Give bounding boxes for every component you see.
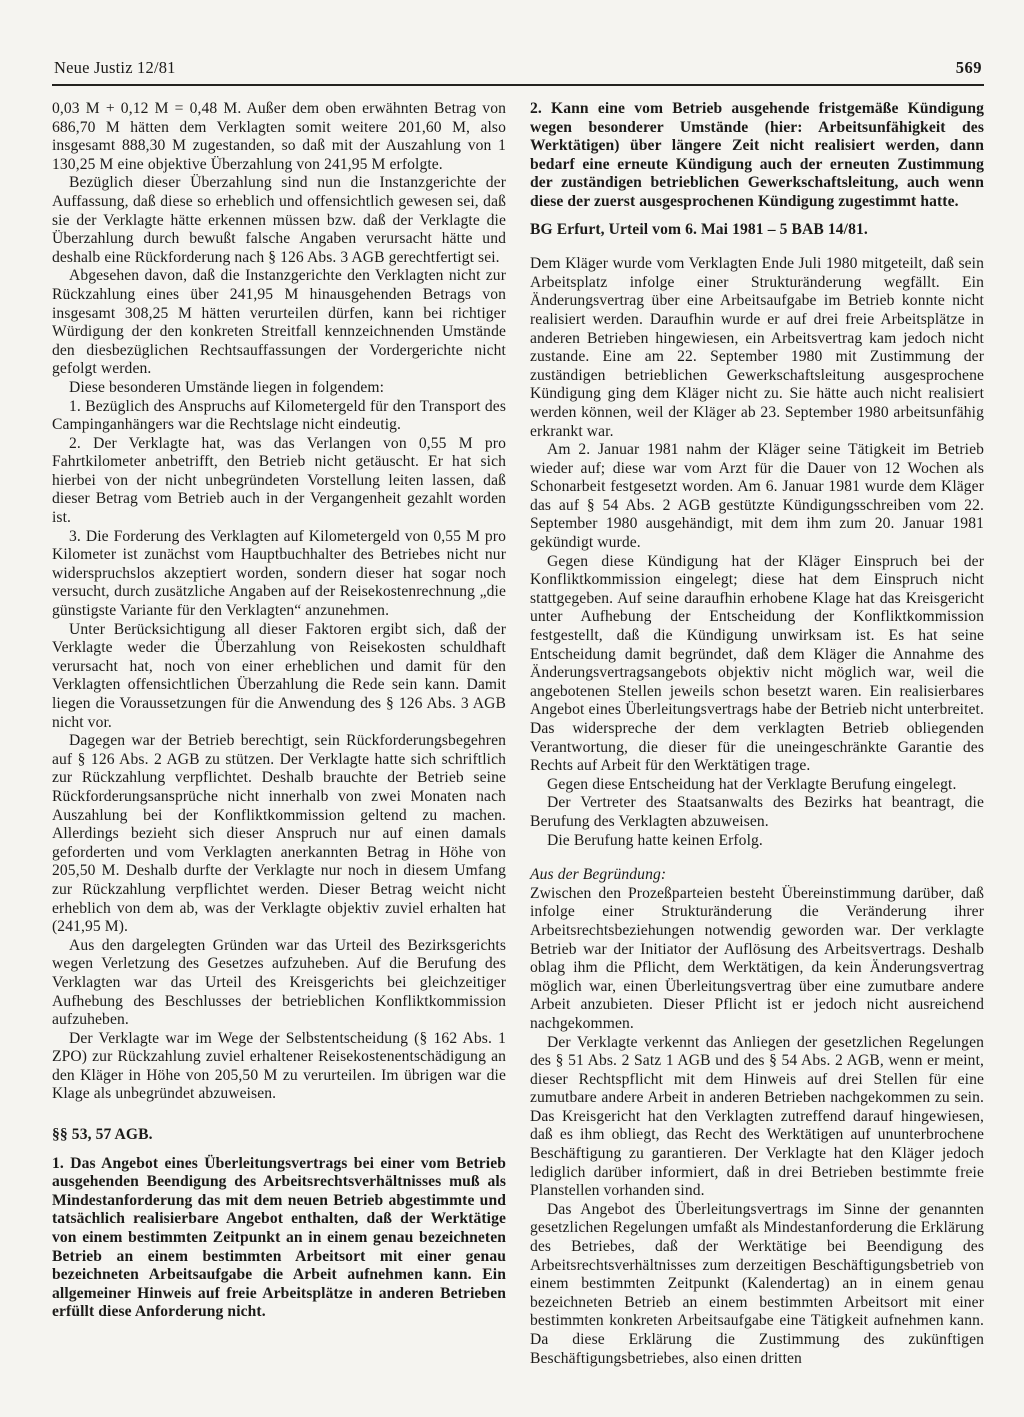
headnote-paragraph: 1. Das Angebot eines Überleitungsvertrag… — [52, 1155, 506, 1322]
journal-title: Neue Justiz 12/81 — [54, 58, 176, 78]
headnote-paragraph: 2. Kann eine vom Betrieb ausgehende fris… — [530, 100, 984, 212]
body-paragraph: Das Angebot des Überleitungsvertrags im … — [530, 1201, 984, 1368]
body-paragraph: Zwischen den Prozeßparteien besteht Über… — [530, 885, 984, 1034]
body-paragraph: Diese besonderen Umstände liegen in folg… — [52, 379, 506, 398]
body-paragraph: Der Vertreter des Staatsanwalts des Bezi… — [530, 794, 984, 831]
body-paragraph: Unter Berücksichtigung all dieser Faktor… — [52, 621, 506, 733]
body-paragraph: 1. Bezüglich des Anspruchs auf Kilometer… — [52, 398, 506, 435]
body-paragraph: Der Verklagte war im Wege der Selbstents… — [52, 1030, 506, 1104]
body-paragraph: Aus den dargelegten Gründen war das Urte… — [52, 937, 506, 1030]
running-header: Neue Justiz 12/81 569 — [52, 58, 984, 84]
court-citation: BG Erfurt, Urteil vom 6. Mai 1981 – 5 BA… — [530, 221, 984, 240]
body-paragraph: 2. Der Verklagte hat, was das Verlangen … — [52, 435, 506, 528]
page-number: 569 — [956, 58, 982, 78]
body-paragraph: Gegen diese Entscheidung hat der Verklag… — [530, 776, 984, 795]
right-column: 2. Kann eine vom Betrieb ausgehende fris… — [530, 100, 984, 1368]
left-column: 0,03 M + 0,12 M = 0,48 M. Außer dem oben… — [52, 100, 506, 1368]
body-paragraph: Dem Kläger wurde vom Verklagten Ende Jul… — [530, 255, 984, 441]
body-paragraph: Bezüglich dieser Überzahlung sind nun di… — [52, 174, 506, 267]
body-paragraph: Der Verklagte verkennt das Anliegen der … — [530, 1034, 984, 1201]
body-paragraph: Dagegen war der Betrieb berechtigt, sein… — [52, 732, 506, 937]
body-paragraph: Abgesehen davon, daß die Instanzgerichte… — [52, 267, 506, 379]
header-rule — [52, 84, 984, 86]
statute-heading: §§ 53, 57 AGB. — [52, 1126, 506, 1145]
journal-page: Neue Justiz 12/81 569 0,03 M + 0,12 M = … — [0, 0, 1024, 1417]
reasons-heading: Aus der Begründung: — [530, 866, 984, 885]
body-paragraph: 3. Die Forderung des Verklagten auf Kilo… — [52, 528, 506, 621]
body-paragraph: Am 2. Januar 1981 nahm der Kläger seine … — [530, 441, 984, 553]
body-paragraph: Gegen diese Kündigung hat der Kläger Ein… — [530, 553, 984, 776]
body-paragraph: 0,03 M + 0,12 M = 0,48 M. Außer dem oben… — [52, 100, 506, 174]
body-paragraph: Die Berufung hatte keinen Erfolg. — [530, 832, 984, 851]
two-column-layout: 0,03 M + 0,12 M = 0,48 M. Außer dem oben… — [52, 100, 984, 1368]
